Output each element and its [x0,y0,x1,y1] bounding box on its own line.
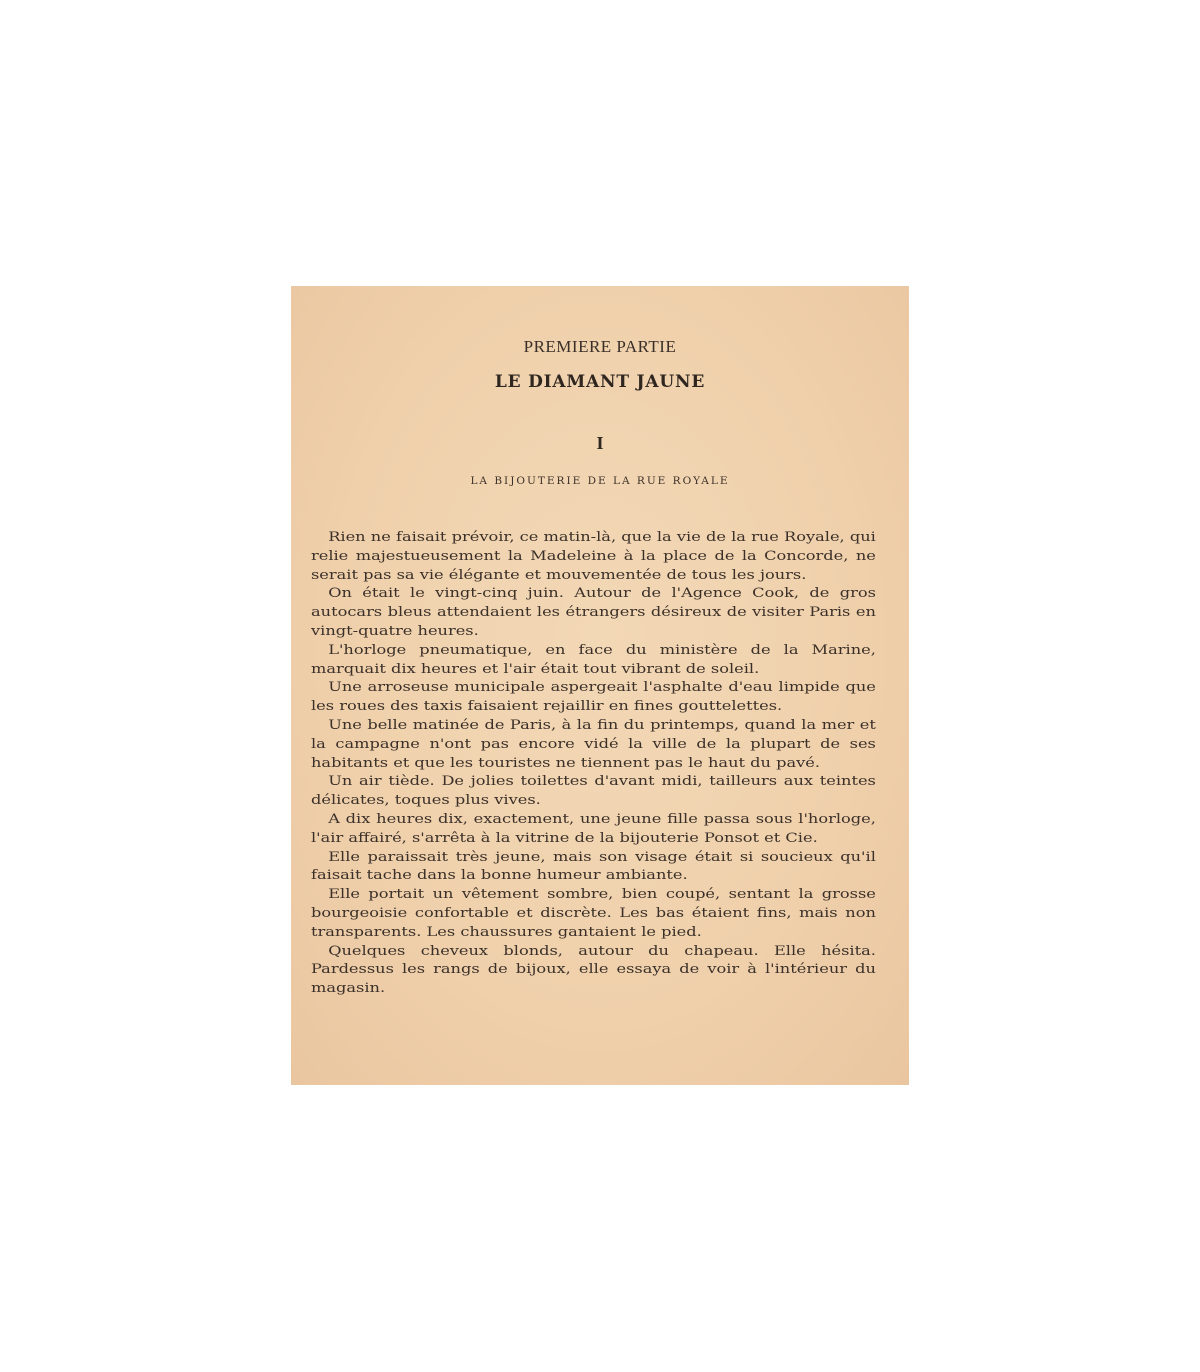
paragraph: Elle paraissait très jeune, mais son vis… [311,849,876,887]
paragraph: Quelques cheveux blonds, autour du chape… [311,943,876,999]
book-title: LE DIAMANT JAUNE [291,372,909,392]
body-text: Rien ne faisait prévoir, ce matin-là, qu… [311,529,876,999]
paragraph: A dix heures dix, exactement, une jeune … [311,811,876,849]
chapter-number: I [291,433,909,454]
paragraph: On était le vingt-cinq juin. Autour de l… [311,585,876,641]
paragraph: Rien ne faisait prévoir, ce matin-là, qu… [311,529,876,585]
chapter-title: LA BIJOUTERIE DE LA RUE ROYALE [291,475,909,487]
paragraph: Une arroseuse municipale aspergeait l'as… [311,679,876,717]
paragraph: Une belle matinée de Paris, à la fin du … [311,717,876,773]
paragraph: Elle portait un vêtement sombre, bien co… [311,886,876,942]
paragraph: Un air tiède. De jolies toilettes d'avan… [311,773,876,811]
book-page: PREMIERE PARTIE LE DIAMANT JAUNE I LA BI… [291,286,909,1085]
paragraph: L'horloge pneumatique, en face du minist… [311,642,876,680]
part-heading: PREMIERE PARTIE [291,337,909,357]
